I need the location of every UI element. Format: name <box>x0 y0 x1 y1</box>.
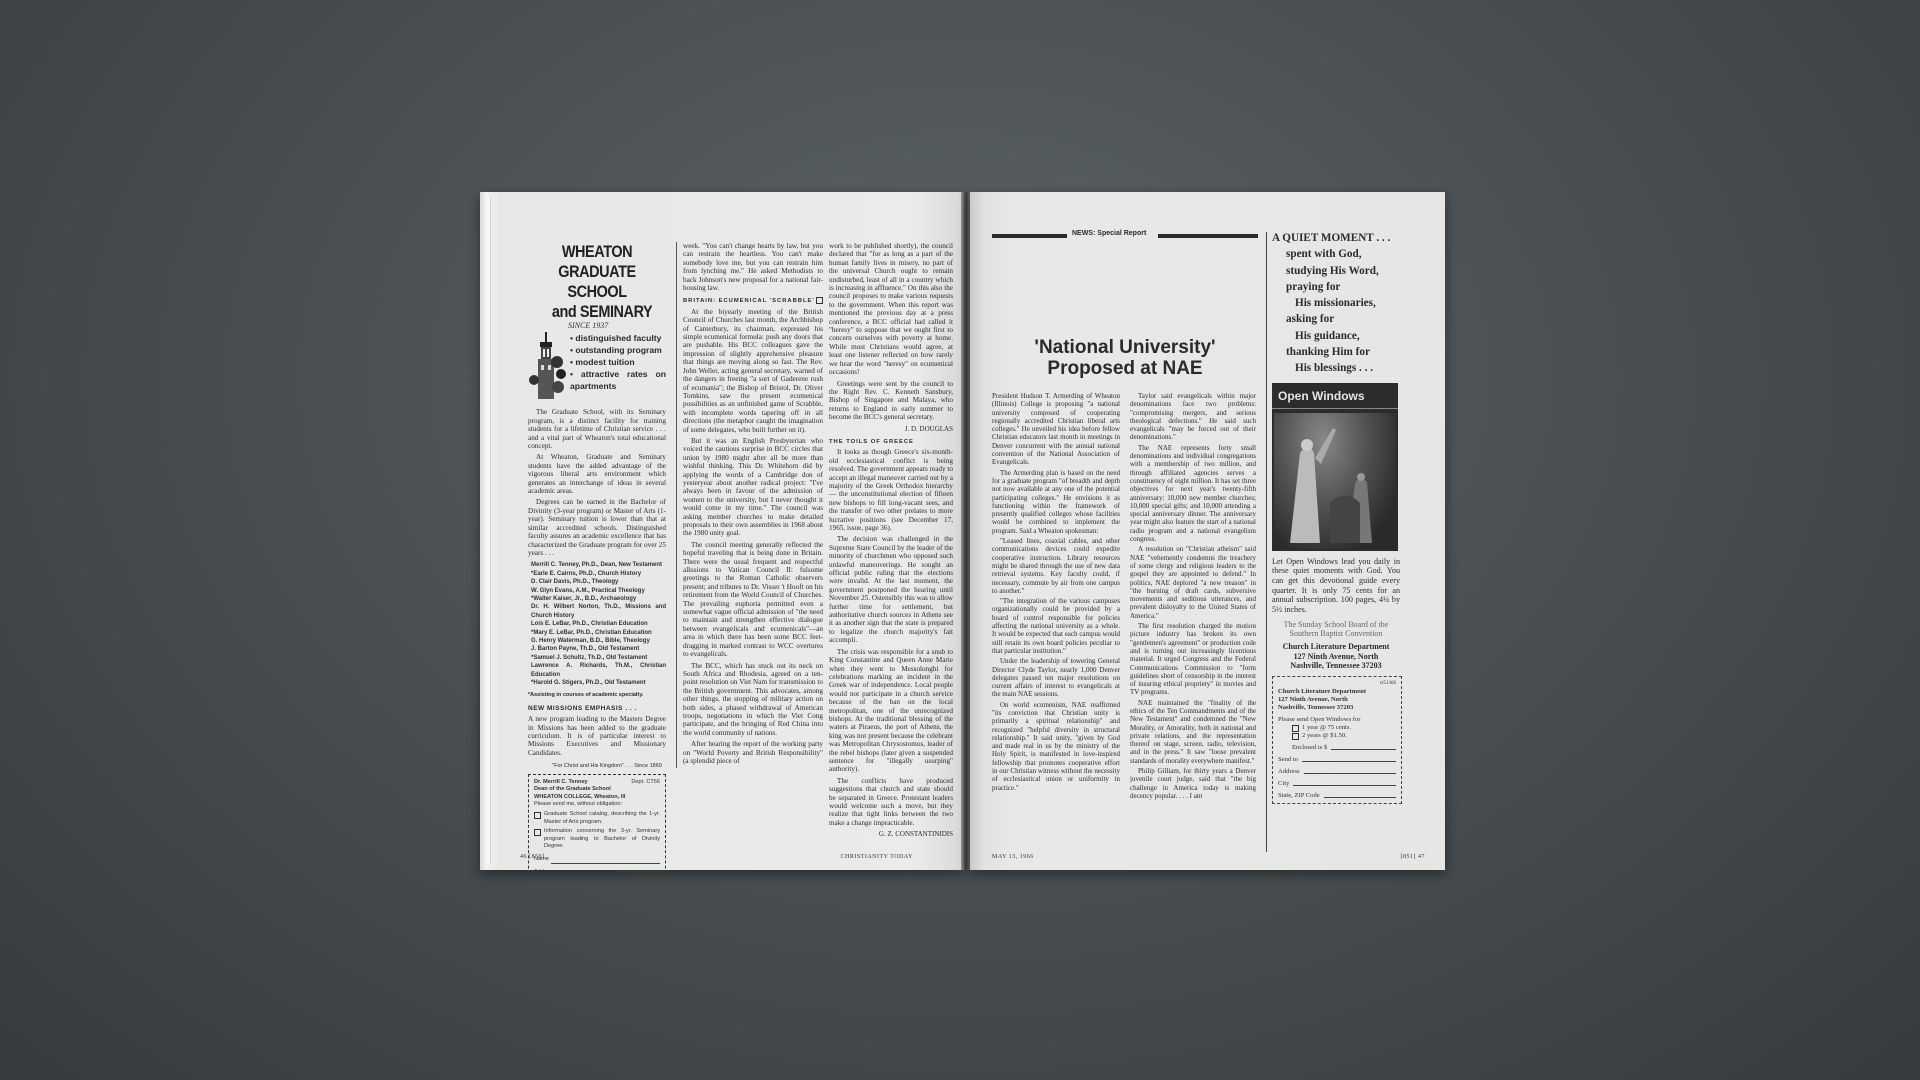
faculty-item: *Samuel J. Schultz, Th.D., Old Testament <box>528 654 666 662</box>
faculty-item: Lawrence A. Richards, Th.M., Christian E… <box>528 662 666 679</box>
faculty-footnote: *Assisting in courses of academic specia… <box>528 691 666 699</box>
byline: G. Z. CONSTANTINIDIS <box>829 830 953 838</box>
wheaton-ad-title: WHEATON GRADUATE SCHOOL and SEMINARY <box>538 242 655 322</box>
publisher-address: Church Literature Department 127 Ninth A… <box>1272 642 1400 670</box>
open-windows-coupon[interactable]: ct51366 Church Literature Department 127… <box>1272 676 1402 804</box>
section-heading: BRITAIN: ECUMENICAL 'SCRABBLE' <box>683 297 823 305</box>
faculty-list: Merrill C. Tenney, Ph.D., Dean, New Test… <box>528 561 666 687</box>
faculty-item: Dr. H. Wilbert Norton, Th.D., Missions a… <box>528 603 666 620</box>
wheaton-since: SINCE 1937 <box>568 322 666 330</box>
faculty-item: *Harold G. Stigers, Ph.D., Old Testament <box>528 679 666 687</box>
coupon-dept: Dept. CT56 <box>631 779 660 802</box>
figures-icon <box>1274 413 1396 549</box>
wheaton-coupon[interactable]: Dr. Merrill C. Tenney Dean of the Gradua… <box>528 774 666 870</box>
magazine-spread: WHEATON GRADUATE SCHOOL and SEMINARY SIN… <box>480 192 1445 870</box>
faculty-item: J. Barton Payne, Th.D., Old Testament <box>528 645 666 653</box>
checkbox-icon[interactable] <box>1292 725 1299 732</box>
issue-date: MAY 13, 1966 <box>992 854 1034 860</box>
faculty-item: *Walter Kaiser, Jr., B.D., Archaeology <box>528 595 666 603</box>
checkbox-icon[interactable] <box>534 812 541 819</box>
news-column-2: Taylor said evangelicals within major de… <box>1130 392 1256 802</box>
cover-title: Open Windows <box>1272 383 1398 409</box>
coupon-option[interactable]: Information concerning the 3-yr. Seminar… <box>534 828 660 851</box>
wheaton-ad: WHEATON GRADUATE SCHOOL and SEMINARY SIN… <box>528 242 666 870</box>
faculty-item: Merrill C. Tenney, Ph.D., Dean, New Test… <box>528 561 666 569</box>
column-divider <box>1266 232 1267 852</box>
faculty-item: G. Henry Waterman, B.D., Bible, Theology <box>528 637 666 645</box>
faculty-item: Lois E. LeBar, Ph.D., Christian Educatio… <box>528 620 666 628</box>
faculty-item: W. Glyn Evans, A.M., Practical Theology <box>528 587 666 595</box>
faculty-item: D. Clair Davis, Ph.D., Theology <box>528 578 666 586</box>
section-heading: THE TOILS OF GREECE <box>829 438 953 446</box>
wheaton-paragraph: The Graduate School, with its Seminary p… <box>528 408 666 450</box>
faculty-item: *Earle E. Cairns, Ph.D., Church History <box>528 570 666 578</box>
coupon-address-field[interactable]: Address <box>534 869 660 870</box>
send-to-field[interactable]: Send to <box>1278 756 1396 764</box>
address-field[interactable]: Address <box>1278 768 1396 776</box>
article-column-1: week. "You can't change hearts by law, b… <box>676 242 823 768</box>
wheaton-bullets: distinguished faculty outstanding progra… <box>570 332 666 402</box>
coupon-code: ct51366 <box>1278 680 1396 688</box>
rule-right <box>1158 234 1258 238</box>
biblical-scene-illustration <box>1274 413 1396 549</box>
subscription-option[interactable]: 2 years @ $1.50. <box>1278 732 1396 740</box>
wheaton-paragraph: At Wheaton, Graduate and Seminary studen… <box>528 453 666 495</box>
quiet-moment-verse: A QUIET MOMENT . . . spent with God, stu… <box>1272 230 1437 377</box>
article-headline: 'National University' Proposed at NAE <box>1000 337 1250 379</box>
wheaton-paragraph: Degrees can be earned in the Bachelor of… <box>528 498 666 557</box>
coupon-option[interactable]: Graduate School catalog, describing the … <box>534 811 660 826</box>
end-mark-icon <box>816 297 823 304</box>
open-windows-cover-image: Open Windows <box>1272 383 1398 551</box>
enclosed-amount-field[interactable]: Enclosed is $ <box>1278 744 1396 752</box>
tower-illustration-icon <box>528 332 566 402</box>
faculty-item: *Mary E. LeBar, Ph.D., Christian Educati… <box>528 629 666 637</box>
subscription-option[interactable]: 1 year @ 75 cents. <box>1278 724 1396 732</box>
open-windows-ad: A QUIET MOMENT . . . spent with God, stu… <box>1272 230 1437 804</box>
missions-heading: NEW MISSIONS EMPHASIS . . . <box>528 705 666 713</box>
city-field[interactable]: City <box>1278 780 1396 788</box>
section-label: NEWS: Special Report <box>1072 230 1146 237</box>
byline: J. D. DOUGLAS <box>829 425 953 433</box>
checkbox-icon[interactable] <box>1292 733 1299 740</box>
checkbox-icon[interactable] <box>534 829 541 836</box>
left-page: WHEATON GRADUATE SCHOOL and SEMINARY SIN… <box>480 192 963 870</box>
magazine-name: CHRISTIANITY TODAY <box>840 854 913 860</box>
state-zip-field[interactable]: State, ZIP Code <box>1278 792 1396 800</box>
page-number-right: [851] 47 <box>1401 854 1426 860</box>
right-page: NEWS: Special Report 'National Universit… <box>970 192 1445 870</box>
coupon-name-field[interactable]: Name <box>534 856 660 864</box>
publisher-name: The Sunday School Board of the Southern … <box>1272 620 1400 638</box>
page-number-left: 46 [850] <box>520 854 545 860</box>
article-column-2: work to be published shortly), the counc… <box>829 242 953 843</box>
open-windows-description: Let Open Windows lead you daily in these… <box>1272 557 1400 615</box>
news-column-1: President Hudson T. Armerding of Wheaton… <box>992 392 1120 794</box>
college-motto: "For Christ and His Kingdom" . . . Since… <box>548 762 666 770</box>
rule-left <box>992 234 1067 238</box>
missions-text: A new program leading to the Masters Deg… <box>528 715 666 757</box>
page-edge <box>486 198 491 864</box>
